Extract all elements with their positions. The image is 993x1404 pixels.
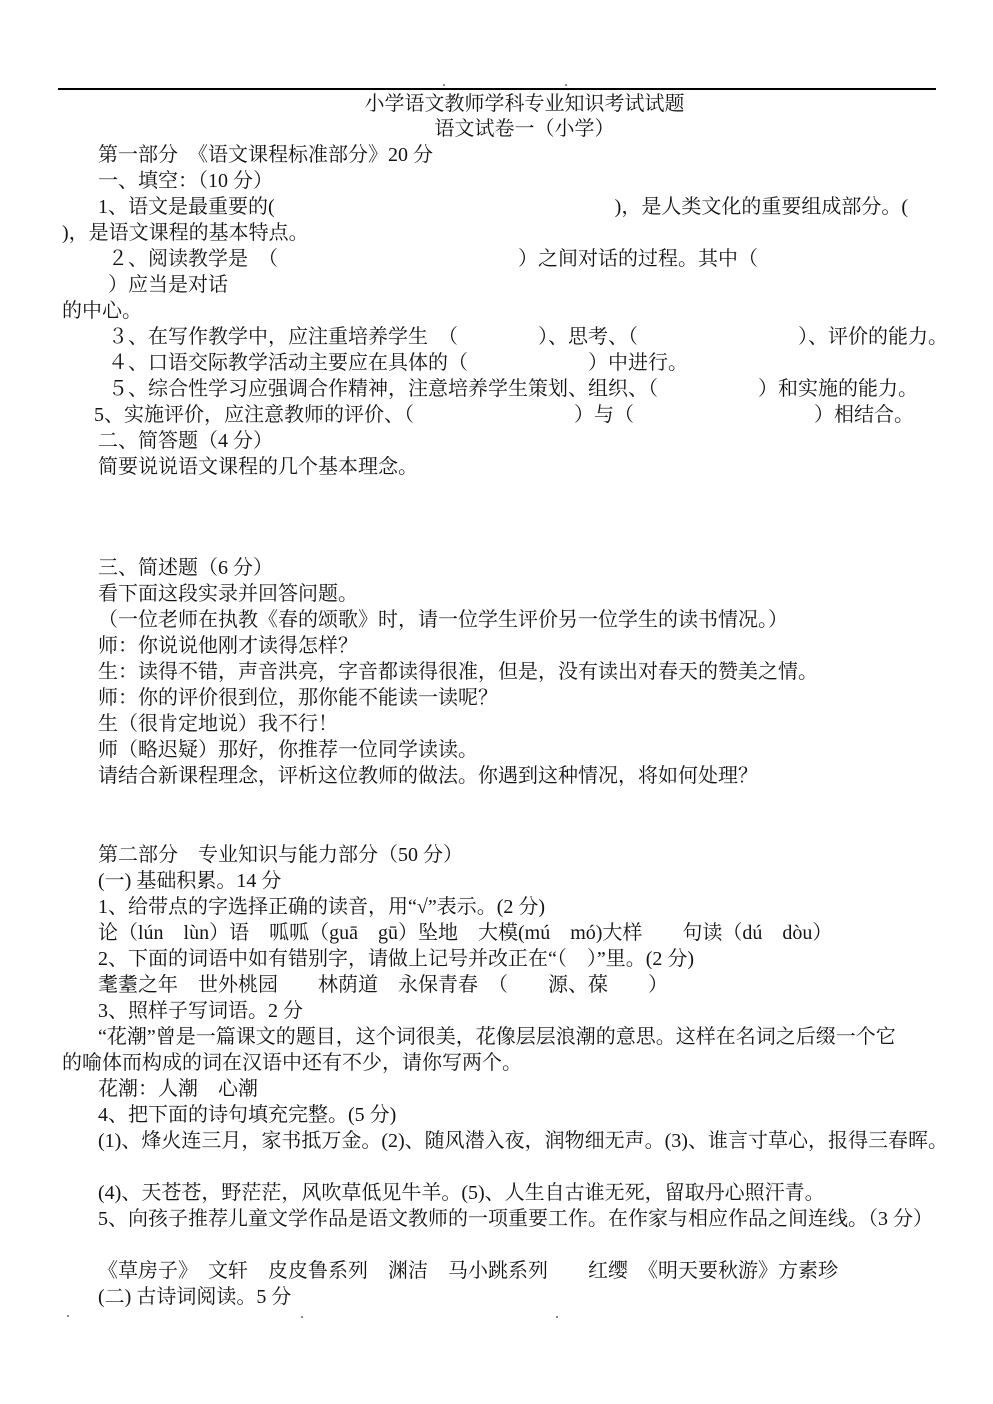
text-line: (二) 古诗词阅读。5 分: [62, 1284, 987, 1310]
text-line: 1、语文是最重要的( )，是人类文化的重要组成部分。(: [62, 194, 987, 220]
text-line: 一、填空：（10 分）: [62, 168, 987, 194]
scan-artifact-dot: [67, 1315, 69, 1317]
text-line: )，是语文课程的基本特点。: [62, 220, 987, 246]
text-line: 5、向孩子推荐儿童文学作品是语文教师的一项重要工作。在作家与相应作品之间连线。（…: [62, 1206, 987, 1232]
text-line: 花潮：人潮 心潮: [62, 1076, 987, 1102]
blank-space: [62, 480, 987, 555]
blank-space: [62, 1154, 987, 1180]
page-top-rule: [58, 88, 936, 90]
text-line: 的喻体而构成的词在汉语中还有不少，请你写两个。: [62, 1050, 987, 1076]
text-line: 师：你说说他刚才读得怎样？: [62, 633, 987, 659]
text-line: 第一部分 《语文课程标准部分》20 分: [62, 142, 987, 168]
text-line: 生（很肯定地说）我不行！: [62, 711, 987, 737]
text-line: ５、综合性学习应强调合作精神，注意培养学生策划、组织、（ ）和实施的能力。: [62, 376, 987, 402]
scan-artifact-dot: [301, 1316, 303, 1318]
text-line: 第二部分 专业知识与能力部分（50 分）: [62, 842, 987, 868]
blank-space: [62, 1232, 987, 1258]
text-line: 5、实施评价，应注意教师的评价、（ ）与（ ）相结合。: [62, 402, 987, 428]
text-line: 看下面这段实录并回答问题。: [62, 581, 987, 607]
text-line: 师：你的评价很到位，那你能不能读一读呢？: [62, 685, 987, 711]
text-line: “花潮”曾是一篇课文的题目，这个词很美，花像层层浪潮的意思。这样在名词之后缀一个…: [62, 1024, 987, 1050]
text-line: 二、简答题（4 分）: [62, 428, 987, 454]
document-title: 小学语文教师学科专业知识考试试题: [62, 92, 987, 117]
text-line: 师（略迟疑）那好，你推荐一位同学读读。: [62, 737, 987, 763]
scan-artifact-dot: [556, 1316, 558, 1318]
text-line: 论（lún lùn）语 呱呱（guā gū）坠地 大模(mú mó)大样 句读（…: [62, 920, 987, 946]
scan-artifact-dot: [565, 84, 567, 86]
text-line: 4、把下面的诗句填充完整。(5 分): [62, 1102, 987, 1128]
text-line: （一位老师在执教《春的颂歌》时，请一位学生评价另一位学生的读书情况。）: [62, 607, 987, 633]
scan-artifact-dot: [443, 84, 445, 86]
text-line: 1、给带点的字选择正确的读音，用“√”表示。(2 分): [62, 894, 987, 920]
text-line: 简要说说语文课程的几个基本理念。: [62, 454, 987, 480]
text-line: 《草房子》 文轩 皮皮鲁系列 渊洁 马小跳系列 红缨 《明天要秋游》方素珍: [62, 1258, 987, 1284]
text-line: 2、下面的词语中如有错别字，请做上记号并改正在“（ ）”里。(2 分): [62, 946, 987, 972]
document-lines: 第一部分 《语文课程标准部分》20 分一、填空：（10 分）1、语文是最重要的(…: [62, 142, 987, 1310]
text-line: ２、阅读教学是 （ ）之间对话的过程。其中（ ）应当是对话: [62, 246, 987, 298]
text-line: 的中心。: [62, 298, 987, 324]
text-line: 三、简述题（6 分）: [62, 555, 987, 581]
text-line: 耄耋之年 世外桃园 林荫道 永保青春 （ 源、葆 ）: [62, 972, 987, 998]
text-line: ３、在写作教学中，应注重培养学生 （ ）、思考、（ ）、评价的能力。: [62, 324, 987, 350]
text-line: 生：读得不错，声音洪亮，字音都读得很准，但是，没有读出对春天的赞美之情。: [62, 659, 987, 685]
text-line: 3、照样子写词语。2 分: [62, 998, 987, 1024]
text-line: 请结合新课程理念，评析这位教师的做法。你遇到这种情况，将如何处理？: [62, 763, 987, 789]
document-subtitle: 语文试卷一（小学）: [62, 117, 987, 142]
text-line: ４、口语交际教学活动主要应在具体的（ ）中进行。: [62, 350, 987, 376]
text-line: (一) 基础积累。14 分: [62, 868, 987, 894]
document-body: 小学语文教师学科专业知识考试试题 语文试卷一（小学） 第一部分 《语文课程标准部…: [62, 92, 987, 1310]
scanned-exam-page: { "document": { "title": "小学语文教师学科专业知识考试…: [0, 0, 993, 1404]
text-line: (1)、烽火连三月，家书抵万金。(2)、随风潜入夜，润物细无声。(3)、谁言寸草…: [62, 1128, 987, 1154]
text-line: (4)、天苍苍，野茫茫，风吹草低见牛羊。(5)、人生自古谁无死，留取丹心照汗青。: [62, 1180, 987, 1206]
blank-space: [62, 789, 987, 842]
